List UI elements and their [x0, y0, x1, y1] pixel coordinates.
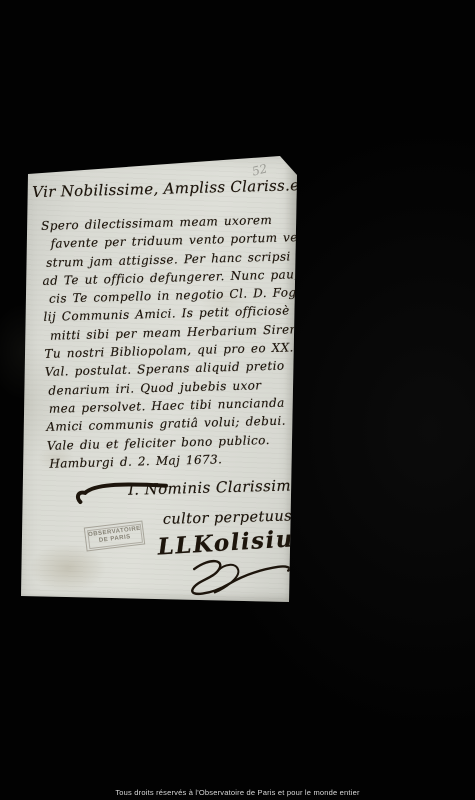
letter-page: 52 Vir Nobilissime, Ampliss Clariss.e Sp…	[18, 153, 298, 605]
observatory-stamp-frame: Observatoire de Paris	[87, 523, 143, 548]
letter-body: Spero dilectissimam meam uxorem favente …	[41, 210, 317, 473]
photo-background: 52 Vir Nobilissime, Ampliss Clariss.e Sp…	[0, 0, 475, 800]
copyright-caption: Tous droits réservés à l'Observatoire de…	[0, 788, 475, 797]
manuscript-ink-layer: Vir Nobilissime, Ampliss Clariss.e Spero…	[17, 146, 309, 605]
closing-line: cultor perpetuus	[163, 508, 293, 527]
closing-line: T. Nominis Clarissimi	[126, 476, 297, 498]
signature-paraph	[166, 552, 307, 600]
letter-salutation: Vir Nobilissime, Ampliss Clariss.e	[32, 176, 300, 201]
